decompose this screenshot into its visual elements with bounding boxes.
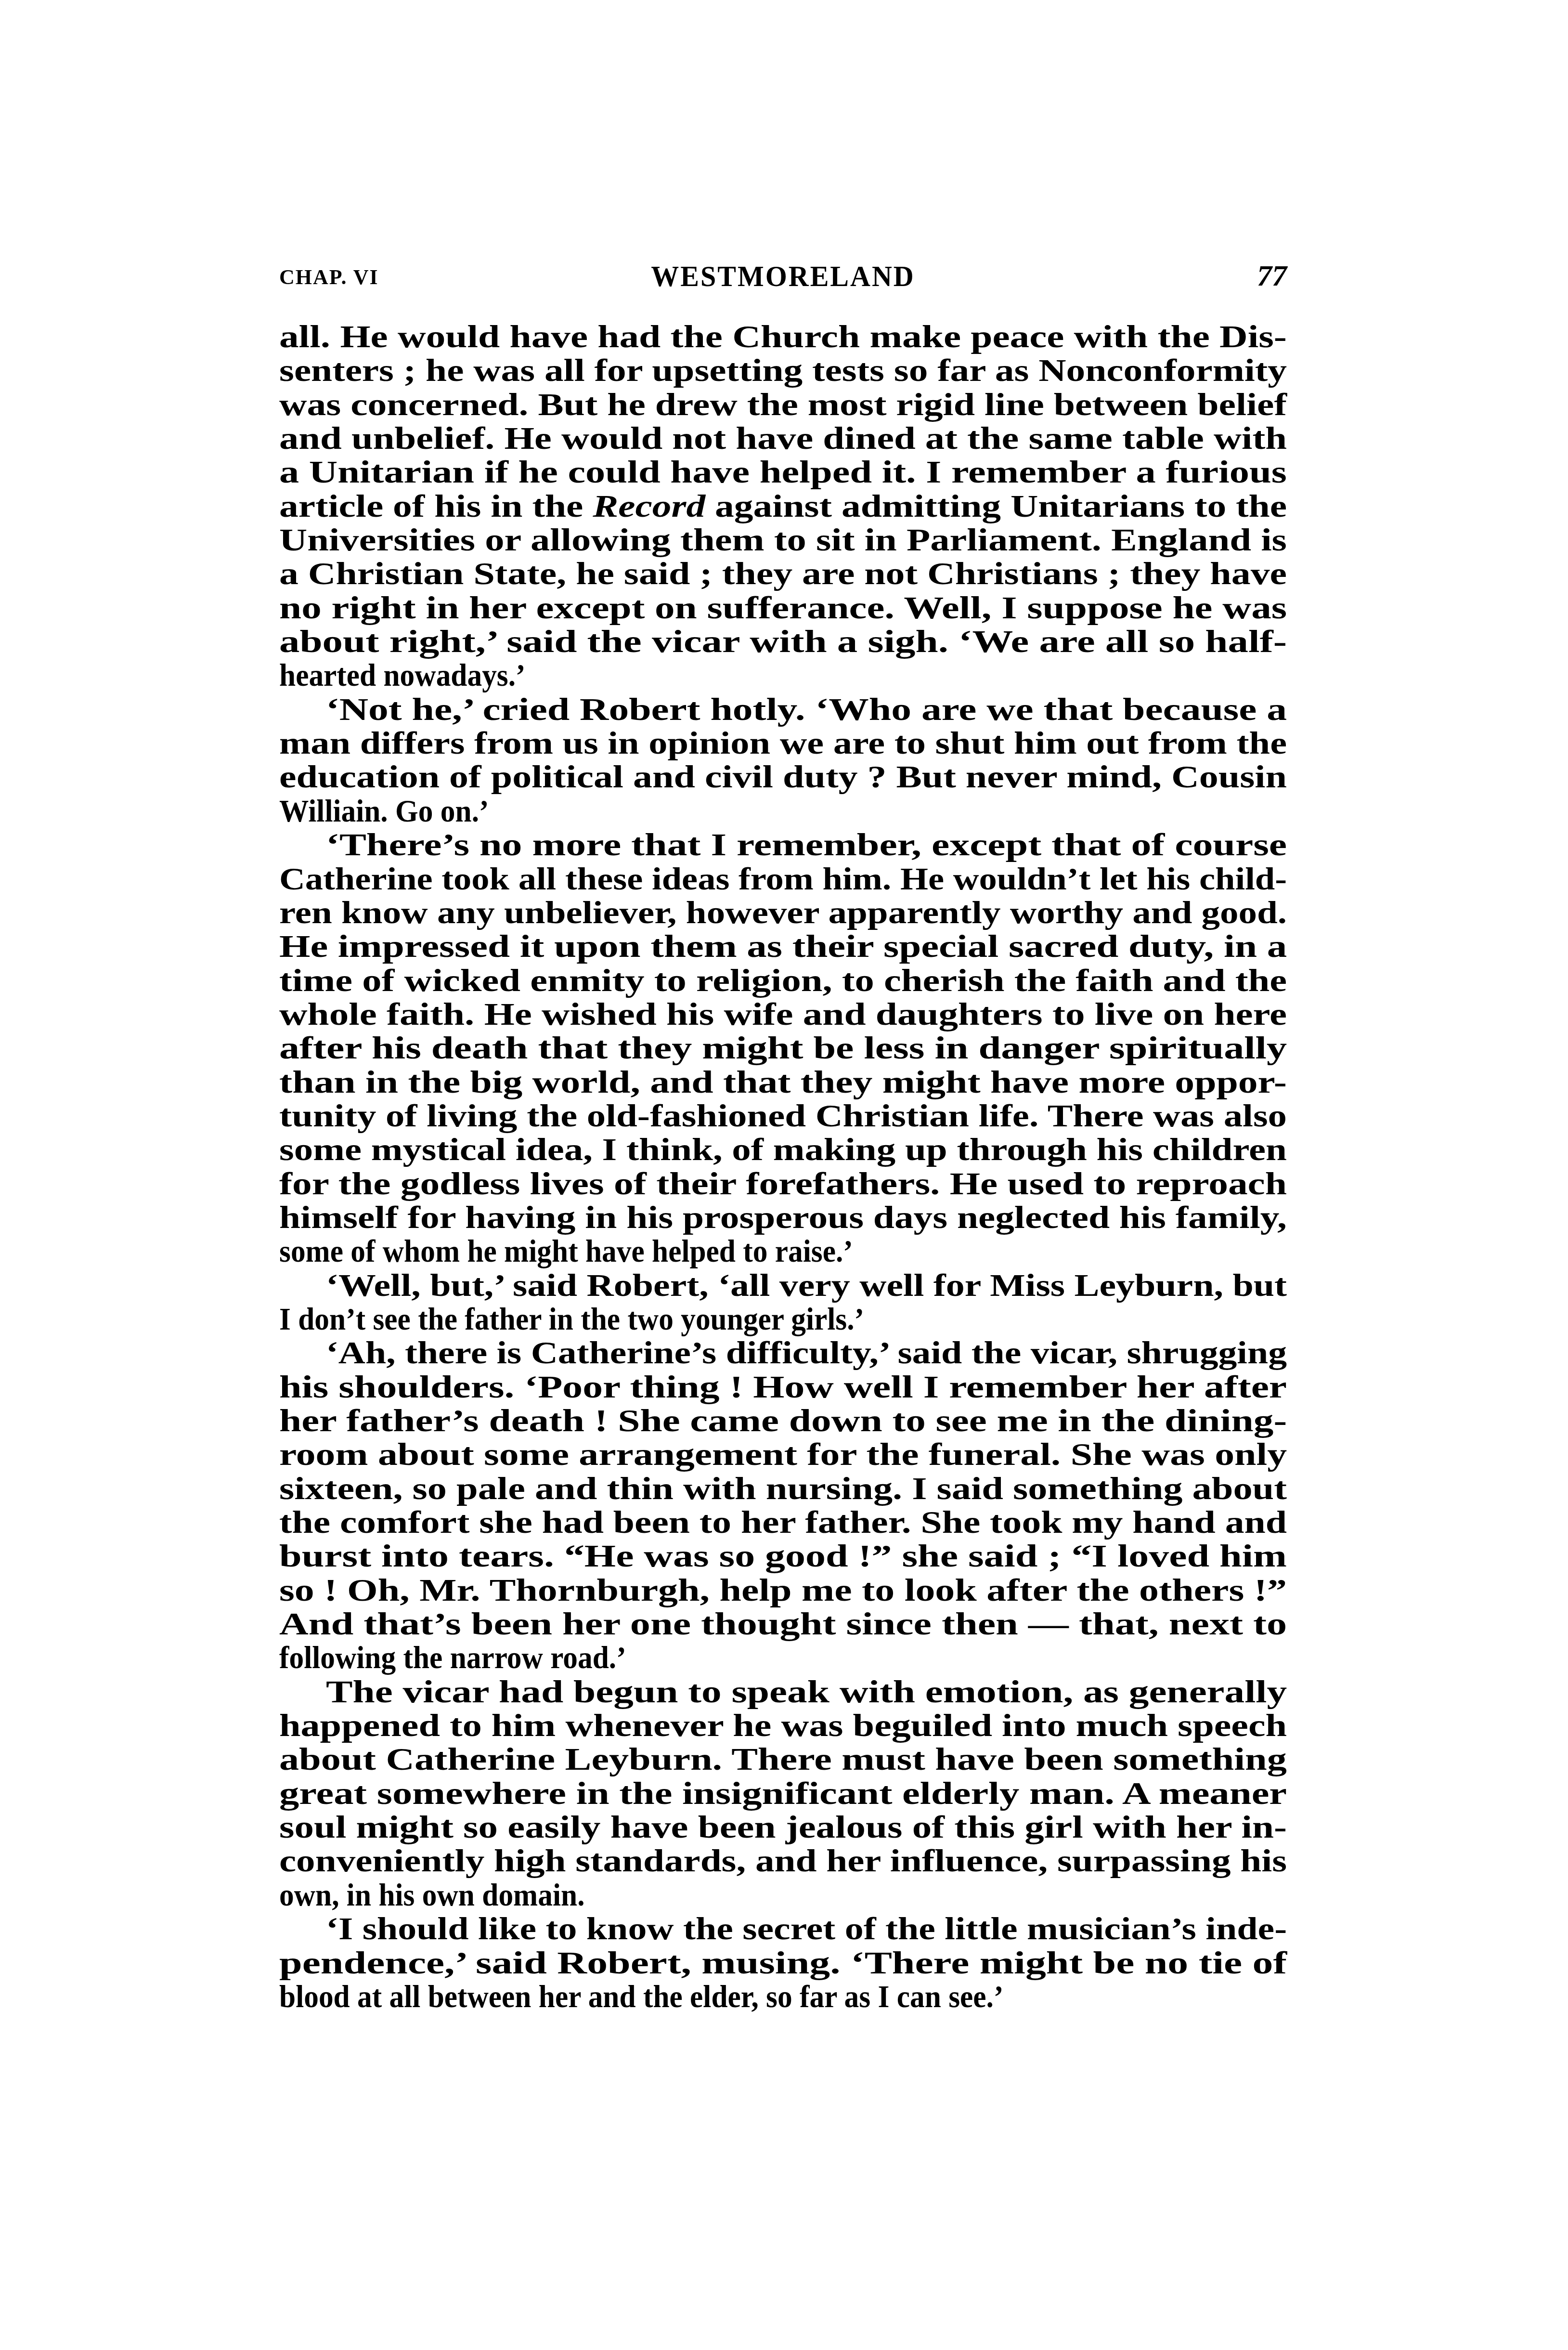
text-line-content: a Christian State, he said ; they are no… [279,557,1287,591]
text-line: following the narrow road.’ [279,1641,1287,1675]
text-line: some mystical idea, I think, of making u… [279,1133,1287,1167]
text-line: ‘Well, but,’ said Robert, ‘all very well… [279,1269,1287,1303]
running-title: WESTMORELAND [279,259,1287,293]
text-line-content: himself for having in his prosperous day… [279,1201,1287,1235]
text-line-content: a Unitarian if he could have helped it. … [279,456,1287,489]
page-number: 77 [1257,259,1287,293]
text-line: Universities or allowing them to sit in … [279,523,1287,557]
text-line: senters ; he was all for upsetting tests… [279,354,1287,388]
text-line-content: ‘There’s no more that I remember, except… [326,828,1287,862]
text-line: himself for having in his prosperous day… [279,1201,1287,1235]
text-line-content: about Catherine Leyburn. There must have… [279,1743,1287,1776]
text-line-content: no right in her except on sufferance. We… [279,591,1287,625]
text-line: a Christian State, he said ; they are no… [279,557,1287,591]
text-line-content: so ! Oh, Mr. Thornburgh, help me to look… [279,1574,1287,1607]
text-line-content: I don’t see the father in the two younge… [279,1303,864,1336]
text-line: a Unitarian if he could have helped it. … [279,456,1287,489]
text-line: ‘There’s no more that I remember, except… [279,828,1287,862]
text-line-content: ‘Well, but,’ said Robert, ‘all very well… [326,1269,1287,1303]
text-line-content: ‘Ah, there is Catherine’s difficulty,’ s… [326,1336,1287,1370]
text-line: ‘Ah, there is Catherine’s difficulty,’ s… [279,1336,1287,1370]
text-line: He impressed it upon them as their speci… [279,930,1287,964]
text-line: article of his in the Record against adm… [279,490,1287,523]
text-line-content: pendence,’ said Robert, musing. ‘There m… [279,1946,1287,1980]
text-line: for the godless lives of their forefathe… [279,1167,1287,1201]
text-line: pendence,’ said Robert, musing. ‘There m… [279,1946,1287,1980]
text-line-content: ren know any unbeliever, however apparen… [279,896,1287,930]
text-line-content: And that’s been her one thought since th… [279,1607,1287,1641]
text-line-content: burst into tears. “He was so good !” she… [279,1540,1287,1573]
text-line-content: time of wicked enmity to religion, to ch… [279,964,1287,998]
text-line: man differs from us in opinion we are to… [279,727,1287,760]
text-line-content: happened to him whenever he was beguiled… [279,1709,1287,1743]
text-line: great somewhere in the insignificant eld… [279,1777,1287,1811]
text-line-content: Universities or allowing them to sit in … [279,523,1287,557]
text-line: And that’s been her one thought since th… [279,1607,1287,1641]
text-line-content: his shoulders. ‘Poor thing ! How well I … [279,1371,1287,1404]
text-line-content: some mystical idea, I think, of making u… [279,1133,1287,1167]
text-line-content: sixteen, so pale and thin with nursing. … [279,1472,1287,1506]
text-line: some of whom he might have helped to rai… [279,1235,1287,1268]
italic-title: Record [593,489,705,524]
text-line: so ! Oh, Mr. Thornburgh, help me to look… [279,1574,1287,1607]
text-line: sixteen, so pale and thin with nursing. … [279,1472,1287,1506]
text-line: all. He would have had the Church make p… [279,320,1287,354]
text-line: tunity of living the old-fashioned Chris… [279,1099,1287,1133]
text-line: Catherine took all these ideas from him.… [279,862,1287,896]
text-line-content: Catherine took all these ideas from him.… [279,862,1287,896]
text-line: whole faith. He wished his wife and daug… [279,998,1287,1031]
text-line-content: ‘Not he,’ cried Robert hotly. ‘Who are w… [326,693,1287,727]
text-line-content: the comfort she had been to her father. … [279,1506,1287,1540]
text-line-content: ‘I should like to know the secret of the… [326,1912,1287,1946]
text-line-content: her father’s death ! She came down to se… [279,1404,1287,1438]
text-line-content: He impressed it upon them as their speci… [279,930,1287,964]
text-line: blood at all between her and the elder, … [279,1980,1287,2014]
text-line-content: following the narrow road.’ [279,1641,626,1675]
text-line: room about some arrangement for the fune… [279,1438,1287,1472]
text-line: hearted nowadays.’ [279,659,1287,692]
text-line-content: was concerned. But he drew the most rigi… [279,388,1287,422]
text-line-content: The vicar had begun to speak with emotio… [326,1675,1287,1709]
text-line-content: man differs from us in opinion we are to… [279,727,1287,760]
text-line-content: article of his in the Record against adm… [279,490,1287,523]
text-line: conveniently high standards, and her inf… [279,1844,1287,1878]
text-line: The vicar had begun to speak with emotio… [279,1675,1287,1709]
text-line-content: blood at all between her and the elder, … [279,1980,1003,2014]
text-line: own, in his own domain. [279,1879,1287,1912]
text-line-content: and unbelief. He would not have dined at… [279,422,1287,456]
text-line: education of political and civil duty ? … [279,760,1287,794]
text-line-content: after his death that they might be less … [279,1031,1287,1065]
text-line-content: hearted nowadays.’ [279,659,526,692]
text-line-content: room about some arrangement for the fune… [279,1438,1287,1472]
text-line: happened to him whenever he was beguiled… [279,1709,1287,1743]
text-line: I don’t see the father in the two younge… [279,1303,1287,1336]
text-line: ‘Not he,’ cried Robert hotly. ‘Who are w… [279,693,1287,727]
text-line: her father’s death ! She came down to se… [279,1404,1287,1438]
text-line: Williain. Go on.’ [279,795,1287,828]
text-line-content: Williain. Go on.’ [279,795,489,828]
text-line-content: all. He would have had the Church make p… [279,320,1287,354]
text-line-content: tunity of living the old-fashioned Chris… [279,1099,1287,1133]
text-line: ‘I should like to know the secret of the… [279,1912,1287,1946]
text-line-content: whole faith. He wished his wife and daug… [279,998,1287,1031]
text-line-content: senters ; he was all for upsetting tests… [279,354,1287,388]
book-page: CHAP. VI WESTMORELAND 77 all. He would h… [0,0,1568,2350]
text-line: no right in her except on sufferance. We… [279,591,1287,625]
text-line: his shoulders. ‘Poor thing ! How well I … [279,1371,1287,1404]
text-line-content: conveniently high standards, and her inf… [279,1844,1287,1878]
text-line: soul might so easily have been jealous o… [279,1811,1287,1844]
text-line-content: education of political and civil duty ? … [279,760,1287,794]
text-line: burst into tears. “He was so good !” she… [279,1540,1287,1573]
text-line: about right,’ said the vicar with a sigh… [279,625,1287,659]
text-line: after his death that they might be less … [279,1031,1287,1065]
text-line: and unbelief. He would not have dined at… [279,422,1287,456]
text-line-content: about right,’ said the vicar with a sigh… [279,625,1287,659]
text-line: ren know any unbeliever, however apparen… [279,896,1287,930]
text-line: than in the big world, and that they mig… [279,1066,1287,1099]
text-line-content: own, in his own domain. [279,1879,584,1912]
text-line: about Catherine Leyburn. There must have… [279,1743,1287,1776]
text-line-content: for the godless lives of their forefathe… [279,1167,1287,1201]
body-text: all. He would have had the Church make p… [279,320,1287,2014]
text-line: time of wicked enmity to religion, to ch… [279,964,1287,998]
text-line-content: than in the big world, and that they mig… [279,1066,1287,1099]
text-line-content: some of whom he might have helped to rai… [279,1235,853,1268]
text-line-content: great somewhere in the insignificant eld… [279,1777,1287,1811]
text-line-content: soul might so easily have been jealous o… [279,1811,1287,1844]
text-line: was concerned. But he drew the most rigi… [279,388,1287,422]
running-head: CHAP. VI WESTMORELAND 77 [279,258,1287,292]
text-line: the comfort she had been to her father. … [279,1506,1287,1540]
